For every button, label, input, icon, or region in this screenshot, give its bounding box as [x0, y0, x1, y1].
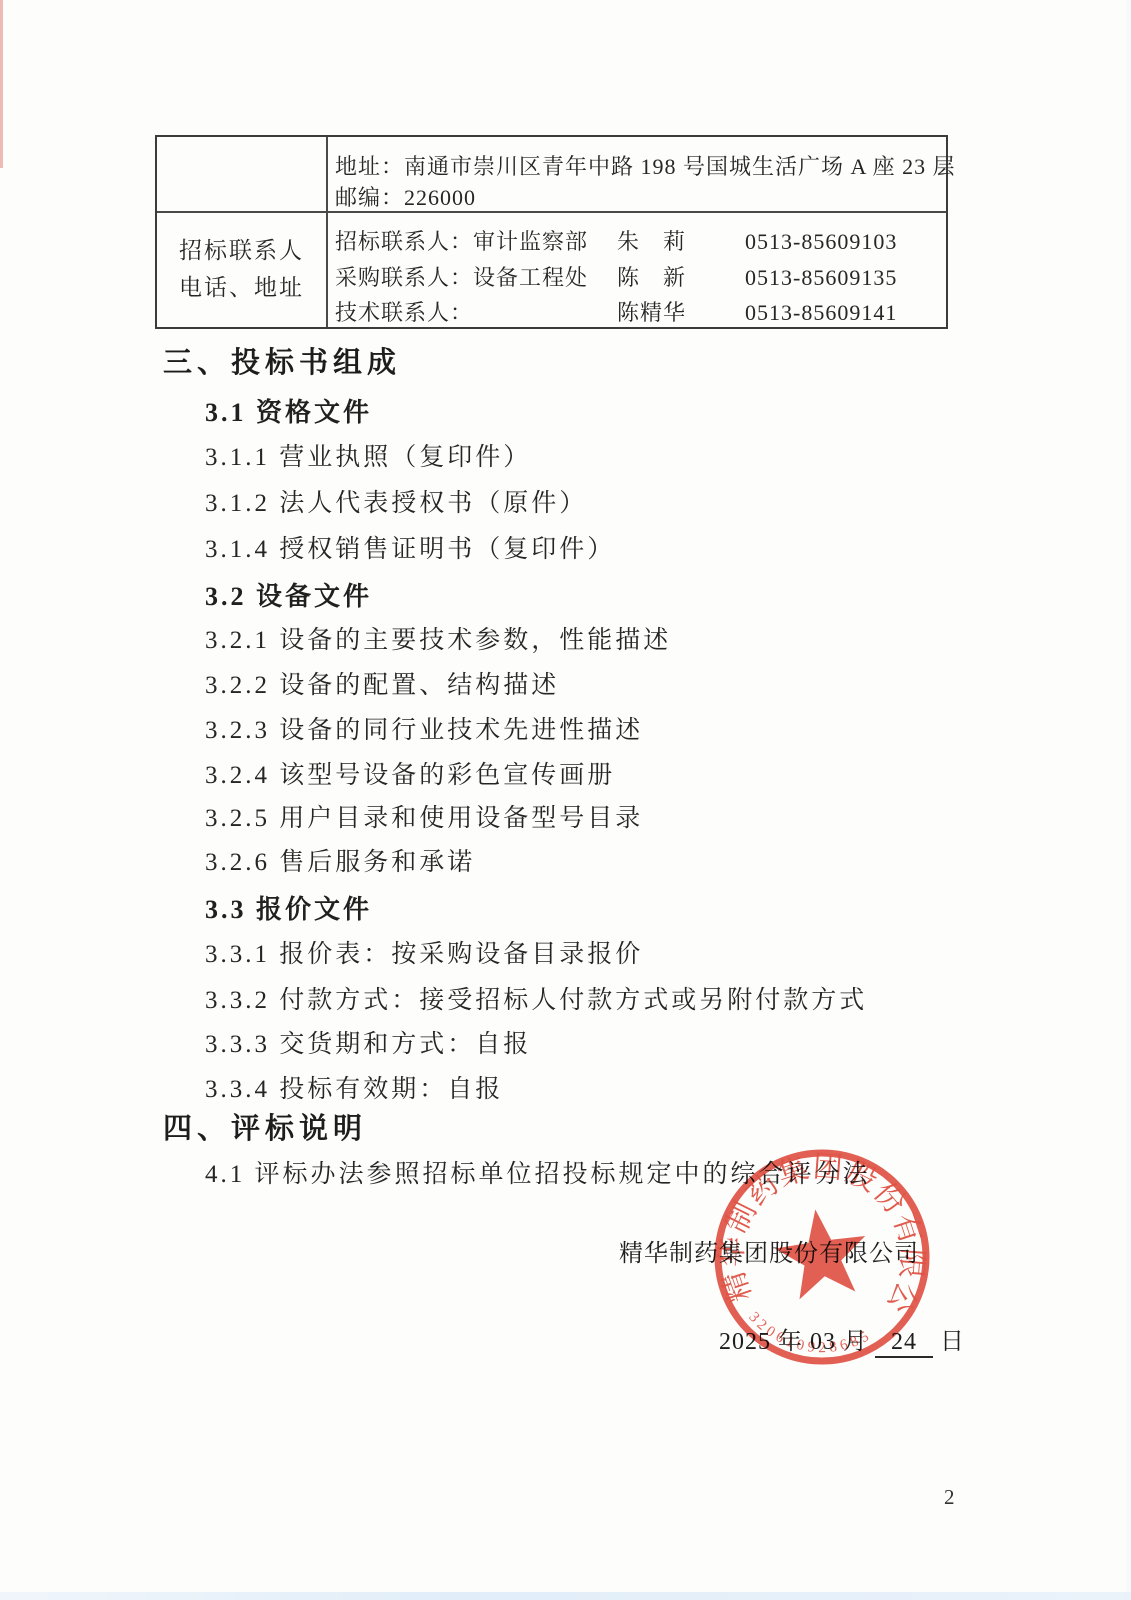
item-3-3-2: 3.3.2 付款方式：接受招标人付款方式或另附付款方式 — [205, 980, 867, 1016]
row-header-line2: 电话、地址 — [179, 269, 304, 306]
signature-date: 2025 年 03 月 24 日 — [719, 1321, 965, 1358]
item-4-1: 4.1 评标办法参照招标单位招投标规定中的综合评分法 — [205, 1154, 871, 1190]
contact-phone: 0513-85609103 — [745, 229, 897, 255]
contact-label: 招标联系人：审计监察部 — [335, 225, 617, 256]
contact-name: 陈 新 — [617, 261, 745, 292]
section-4-heading: 四、评标说明 — [163, 1106, 367, 1147]
item-3-2-3: 3.2.3 设备的同行业技术先进性描述 — [205, 710, 643, 746]
company-name: 精华制药集团股份有限公司 — [619, 1233, 919, 1268]
row-header-line1: 招标联系人 — [179, 232, 304, 269]
item-3-1-2: 3.1.2 法人代表授权书（原件） — [205, 483, 587, 519]
contact-row-tender: 招标联系人：审计监察部朱 莉0513-85609103 — [335, 225, 935, 256]
table-column-divider — [326, 137, 328, 327]
page-number: 2 — [944, 1485, 955, 1510]
item-3-2-6: 3.2.6 售后服务和承诺 — [205, 842, 475, 878]
scan-artifact-left-red — [0, 0, 3, 168]
item-3-2-1: 3.2.1 设备的主要技术参数，性能描述 — [205, 620, 671, 656]
item-3-1-1: 3.1.1 营业执照（复印件） — [205, 437, 531, 473]
item-3-3-4: 3.3.4 投标有效期：自报 — [205, 1069, 503, 1105]
date-prefix: 2025 年 03 月 — [719, 1329, 868, 1355]
item-3-2-5: 3.2.5 用户目录和使用设备型号目录 — [205, 798, 643, 834]
contact-row-procurement: 采购联系人：设备工程处陈 新0513-85609135 — [335, 261, 935, 292]
contact-phone: 0513-85609135 — [745, 265, 897, 291]
item-3-3: 3.3 报价文件 — [205, 889, 372, 926]
contact-name: 陈精华 — [617, 296, 745, 327]
item-3-1: 3.1 资格文件 — [205, 392, 372, 429]
address-cell: 地址：南通市崇川区青年中路 198 号国城生活广场 A 座 23 层 — [335, 150, 956, 181]
scan-artifact-right — [1126, 0, 1131, 1600]
contact-phone: 0513-85609141 — [745, 300, 897, 326]
date-suffix: 日 — [940, 1329, 965, 1355]
postal-code-cell: 邮编：226000 — [335, 181, 476, 212]
contact-row-technical: 技术联系人：陈精华0513-85609141 — [335, 296, 935, 327]
item-3-3-1: 3.3.1 报价表：按采购设备目录报价 — [205, 934, 643, 970]
item-3-1-4: 3.1.4 授权销售证明书（复印件） — [205, 529, 615, 565]
item-3-2-4: 3.2.4 该型号设备的彩色宣传画册 — [205, 755, 615, 791]
item-3-2-2: 3.2.2 设备的配置、结构描述 — [205, 665, 559, 701]
scan-artifact-bottom-blue — [0, 1592, 1131, 1600]
contact-label: 技术联系人： — [335, 296, 617, 327]
row-header-cell: 招标联系人 电话、地址 — [157, 211, 326, 327]
item-3-2: 3.2 设备文件 — [205, 576, 372, 613]
contact-label: 采购联系人：设备工程处 — [335, 261, 617, 292]
section-3-heading: 三、投标书组成 — [163, 340, 401, 381]
date-day: 24 — [875, 1329, 933, 1358]
contact-info-table: 地址：南通市崇川区青年中路 198 号国城生活广场 A 座 23 层 邮编：22… — [155, 135, 948, 329]
contact-name: 朱 莉 — [617, 225, 745, 256]
item-3-3-3: 3.3.3 交货期和方式：自报 — [205, 1024, 531, 1060]
document-page: 地址：南通市崇川区青年中路 198 号国城生活广场 A 座 23 层 邮编：22… — [0, 0, 1131, 1600]
